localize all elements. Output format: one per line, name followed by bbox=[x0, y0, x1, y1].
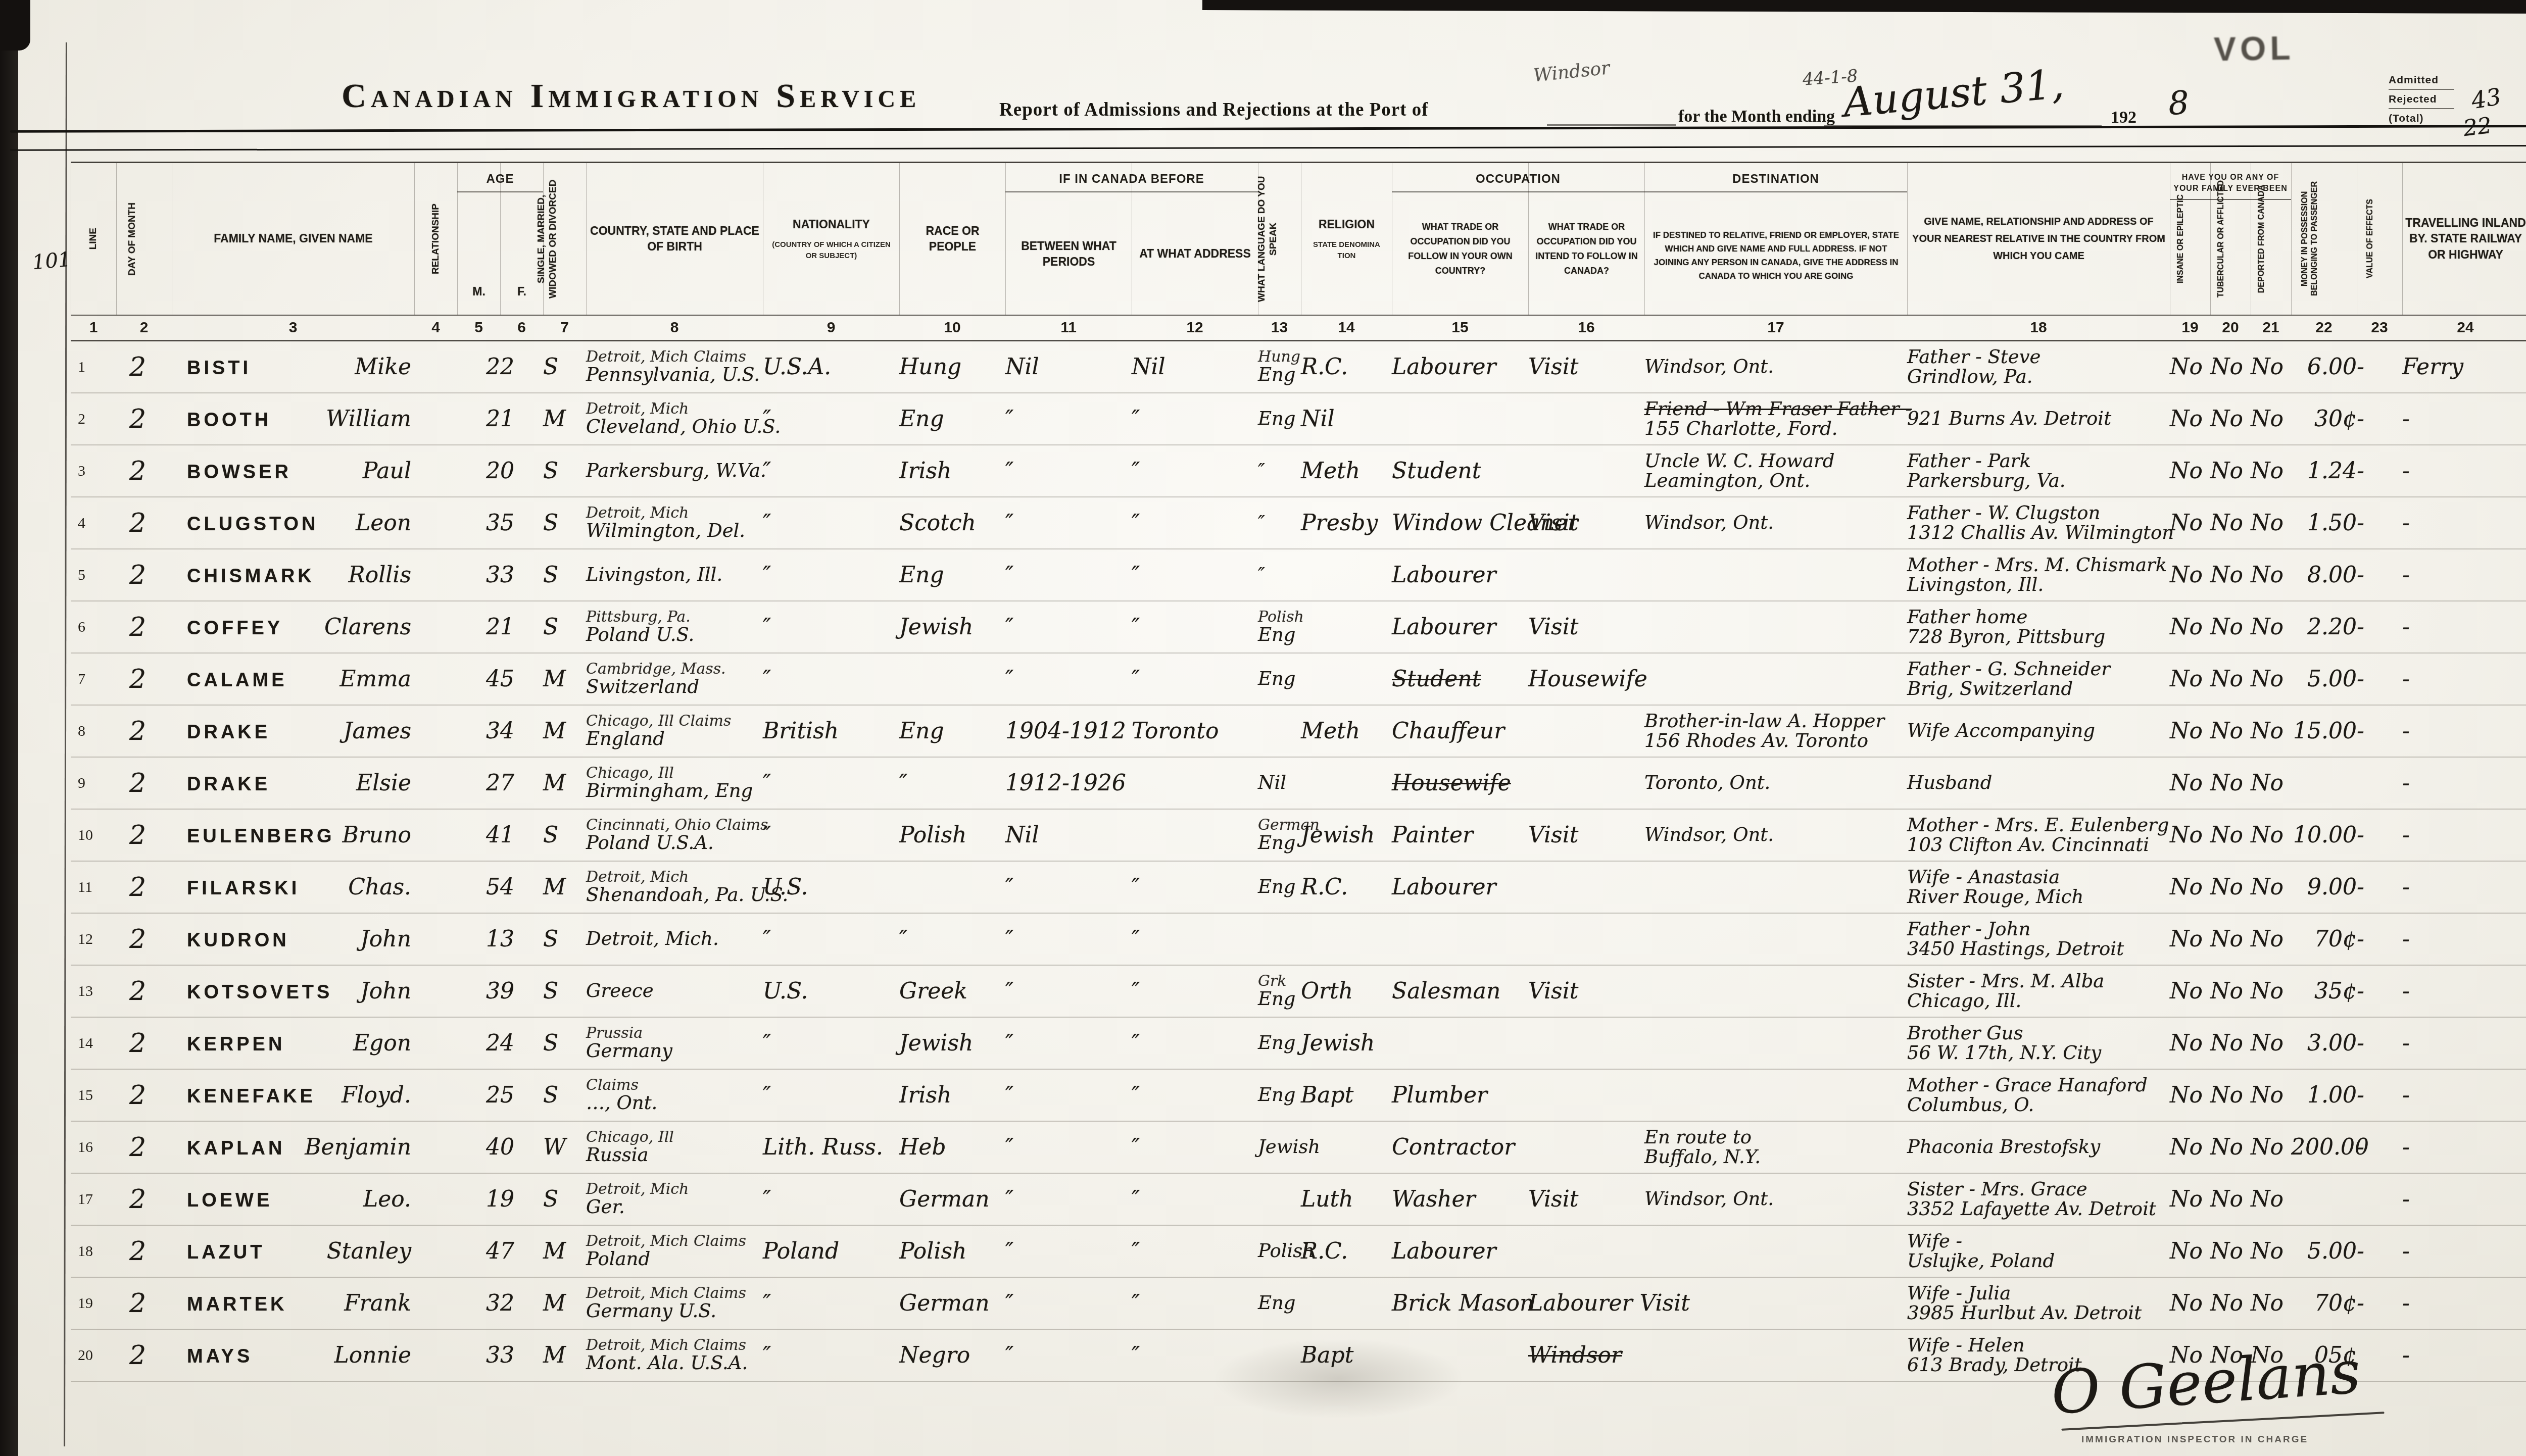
cell-ever-deported: No bbox=[2251, 1238, 2291, 1264]
column-header-band: AGE IF IN CANADA BEFORE OCCUPATION DESTI… bbox=[71, 162, 2526, 316]
month-handwritten: August 31, bbox=[1841, 60, 2066, 126]
table-row: 19 2 MARTEK Frank 32 M Detroit, Mich Cla… bbox=[71, 1278, 2526, 1330]
cell-birthplace: Claims …, Ont. bbox=[586, 1077, 763, 1113]
table-row: 15 2 KENEFAKE Floyd. 25 S Claims …, Ont.… bbox=[71, 1070, 2526, 1122]
cell-given-name: Chas. bbox=[348, 874, 414, 900]
cell-ever-deported: No bbox=[2251, 874, 2291, 900]
rejected-label: Rejected bbox=[2389, 94, 2454, 105]
cell-money: 5.00 bbox=[2291, 1238, 2357, 1264]
table-row: 17 2 LOEWE Leo. 19 S Detroit, Mich Ger. … bbox=[71, 1174, 2526, 1226]
cell-day-of-month: 2 bbox=[116, 664, 172, 694]
cell-before-address: ″ bbox=[1132, 1030, 1258, 1056]
cell-birthplace: Cambridge, Mass. Switzerland bbox=[586, 661, 763, 696]
cell-ever-deported: No bbox=[2251, 1290, 2291, 1316]
cell-ever-insane: No bbox=[2170, 458, 2210, 484]
cell-ever-insane: No bbox=[2170, 562, 2210, 588]
year-handwritten: 8 bbox=[2167, 84, 2190, 123]
cell-destination: En route to Buffalo, N.Y. bbox=[1644, 1128, 1907, 1167]
cell-marital-status: M bbox=[543, 770, 586, 796]
cell-given-name: Paul bbox=[363, 458, 414, 484]
cell-value-of-effects: - bbox=[2357, 666, 2402, 692]
cell-travelling-inland-by: - bbox=[2402, 822, 2526, 848]
column-header-10: RACE OR PEOPLE bbox=[899, 163, 1005, 315]
cell-nearest-relative: Wife - Anastasia River Rouge, Mich bbox=[1907, 868, 2170, 907]
table-row: 13 2 KOTSOVETS John 39 S Greece U.S. Gre… bbox=[71, 966, 2526, 1018]
cell-nearest-relative: 921 Burns Av. Detroit bbox=[1907, 409, 2170, 429]
cell-marital-status: M bbox=[543, 1290, 586, 1316]
cell-ever-insane: No bbox=[2170, 978, 2210, 1004]
cell-travelling-inland-by: - bbox=[2402, 458, 2526, 484]
column-header-8: COUNTRY, STATE AND PLACE OF BIRTH bbox=[586, 163, 763, 315]
cell-before-address: Nil bbox=[1132, 354, 1258, 380]
cell-day-of-month: 2 bbox=[116, 508, 172, 538]
cell-family-name: MAYS bbox=[172, 1346, 253, 1368]
cell-birthplace: Chicago, Ill Birmingham, Eng bbox=[586, 765, 763, 800]
cell-before-address: ″ bbox=[1132, 874, 1258, 900]
cell-occupation-own-country: Chauffeur bbox=[1392, 718, 1528, 744]
cell-ever-tubercular: No bbox=[2210, 1030, 2251, 1056]
cell-line-number: 3 bbox=[71, 463, 116, 480]
cell-day-of-month: 2 bbox=[116, 404, 172, 434]
cell-language: Eng bbox=[1258, 1085, 1301, 1105]
cell-nearest-relative: Father - John 3450 Hastings, Detroit bbox=[1907, 920, 2170, 959]
cell-family-name: DRAKE bbox=[172, 774, 270, 795]
cell-language: ″ bbox=[1258, 565, 1301, 585]
cell-given-name: Stanley bbox=[327, 1238, 414, 1264]
cell-occupation-own-country: Housewife bbox=[1392, 770, 1528, 796]
cell-occupation-own-country: Washer bbox=[1392, 1186, 1528, 1212]
cell-name: LAZUT Stanley bbox=[172, 1238, 414, 1264]
cell-ever-tubercular: No bbox=[2210, 510, 2251, 536]
cell-birthplace: Prussia Germany bbox=[586, 1025, 763, 1061]
cell-before-periods: ″ bbox=[1005, 1290, 1132, 1316]
cell-before-address: ″ bbox=[1132, 510, 1258, 536]
cell-race: ″ bbox=[899, 926, 1005, 952]
cell-age: 45 bbox=[457, 666, 543, 692]
report-line-label: Report of Admissions and Rejections at t… bbox=[999, 99, 1429, 121]
cell-language: German Eng bbox=[1258, 817, 1301, 852]
cell-nearest-relative: Mother - Grace Hanaford Columbus, O. bbox=[1907, 1076, 2170, 1115]
year-printed: 192 bbox=[2111, 108, 2136, 127]
cell-before-periods: 1904-1912 bbox=[1005, 718, 1132, 744]
cell-family-name: LAZUT bbox=[172, 1242, 265, 1264]
cell-value-of-effects: - bbox=[2357, 354, 2402, 380]
column-number-20: 20 bbox=[2210, 319, 2251, 336]
cell-day-of-month: 2 bbox=[116, 1132, 172, 1163]
cell-money: 1.00 bbox=[2291, 1082, 2357, 1108]
cell-nearest-relative: Wife - Uslujke, Poland bbox=[1907, 1232, 2170, 1271]
signature-title: IMMIGRATION INSPECTOR IN CHARGE bbox=[2081, 1434, 2308, 1445]
cell-ever-tubercular: No bbox=[2210, 978, 2251, 1004]
cell-name: DRAKE James bbox=[172, 718, 414, 744]
side-script-handwritten: Pages bbox=[2519, 64, 2526, 144]
table-row: 9 2 DRAKE Elsie 27 M Chicago, Ill Birmin… bbox=[71, 758, 2526, 810]
cell-ever-tubercular: No bbox=[2210, 666, 2251, 692]
cell-money: 5.00 bbox=[2291, 666, 2357, 692]
cell-occupation-in-canada: Housewife bbox=[1528, 666, 1644, 692]
cell-line-number: 16 bbox=[71, 1139, 116, 1156]
cell-before-address: ″ bbox=[1132, 1134, 1258, 1160]
cell-money: 10.00 bbox=[2291, 822, 2357, 848]
cell-nearest-relative: Father - W. Clugston 1312 Challis Av. Wi… bbox=[1907, 504, 2170, 543]
cell-day-of-month: 2 bbox=[116, 560, 172, 590]
cell-occupation-own-country: Labourer bbox=[1392, 562, 1528, 588]
cell-name: KOTSOVETS John bbox=[172, 978, 414, 1004]
cell-age: 41 bbox=[457, 822, 543, 848]
column-header-15: WHAT TRADE OR OCCUPATION DID YOU FOLLOW … bbox=[1392, 163, 1528, 315]
cell-occupation-own-country: Painter bbox=[1392, 822, 1528, 848]
cell-nearest-relative: Father home 728 Byron, Pittsburg bbox=[1907, 608, 2170, 647]
cell-ever-deported: No bbox=[2251, 614, 2291, 640]
cell-occupation-in-canada: Visit bbox=[1528, 822, 1644, 848]
cell-before-address: ″ bbox=[1132, 406, 1258, 432]
cell-marital-status: S bbox=[543, 510, 586, 536]
cell-value-of-effects: - bbox=[2357, 822, 2402, 848]
column-number-18: 18 bbox=[1907, 319, 2170, 336]
cell-occupation-own-country: Plumber bbox=[1392, 1082, 1528, 1108]
cell-before-address: ″ bbox=[1132, 1186, 1258, 1212]
month-line-label: for the Month ending bbox=[1678, 107, 1835, 126]
cell-family-name: BOOTH bbox=[172, 410, 271, 431]
cell-value-of-effects: - bbox=[2357, 458, 2402, 484]
cell-before-periods: Nil bbox=[1005, 822, 1132, 848]
cell-language: Hung Eng bbox=[1258, 349, 1301, 384]
cell-birthplace: Detroit, Mich Wilmington, Del. bbox=[586, 505, 763, 540]
cell-race: Greek bbox=[899, 978, 1005, 1004]
cell-given-name: Leo. bbox=[363, 1186, 414, 1212]
cell-birthplace: Cincinnati, Ohio Claims Poland U.S.A. bbox=[586, 817, 763, 852]
cell-line-number: 11 bbox=[71, 879, 116, 896]
ledger-table: AGE IF IN CANADA BEFORE OCCUPATION DESTI… bbox=[71, 162, 2526, 1382]
cell-travelling-inland-by: - bbox=[2402, 874, 2526, 900]
cell-race: German bbox=[899, 1290, 1005, 1316]
table-row: 12 2 KUDRON John 13 S Detroit, Mich. ″ ″… bbox=[71, 914, 2526, 966]
cell-travelling-inland-by: - bbox=[2402, 1030, 2526, 1056]
cell-travelling-inland-by: - bbox=[2402, 926, 2526, 952]
cell-religion: Bapt bbox=[1301, 1342, 1392, 1368]
table-row: 11 2 FILARSKI Chas. 54 M Detroit, Mich S… bbox=[71, 862, 2526, 914]
cell-race: Heb bbox=[899, 1134, 1005, 1160]
cell-ever-insane: No bbox=[2170, 770, 2210, 796]
column-number-row: 1234567891011121314151617181920212223242… bbox=[71, 316, 2526, 341]
cell-travelling-inland-by: - bbox=[2402, 1290, 2526, 1316]
cell-money: 70¢ bbox=[2291, 1290, 2357, 1316]
cell-birthplace: Greece bbox=[586, 981, 763, 1001]
column-header-23: VALUE OF EFFECTS bbox=[2357, 163, 2402, 315]
cell-occupation-in-canada: Windsor bbox=[1528, 1342, 1644, 1368]
cell-given-name: Leon bbox=[356, 510, 414, 536]
cell-money: 1.24 bbox=[2291, 458, 2357, 484]
cell-name: CALAME Emma bbox=[172, 666, 414, 692]
cell-day-of-month: 2 bbox=[116, 716, 172, 746]
cell-before-address: ″ bbox=[1132, 978, 1258, 1004]
cell-family-name: BOWSER bbox=[172, 462, 292, 483]
cell-destination: Uncle W. C. Howard Leamington, Ont. bbox=[1644, 451, 1907, 491]
column-number-13: 13 bbox=[1258, 319, 1301, 336]
cell-ever-deported: No bbox=[2251, 510, 2291, 536]
cell-nationality: Poland bbox=[763, 1238, 899, 1264]
admissions-summary: Admitted Rejected (Total) bbox=[2389, 75, 2454, 124]
cell-marital-status: M bbox=[543, 874, 586, 900]
cell-day-of-month: 2 bbox=[116, 1288, 172, 1319]
cell-before-periods: ″ bbox=[1005, 510, 1132, 536]
cell-day-of-month: 2 bbox=[116, 872, 172, 902]
cell-nearest-relative: Wife Accompanying bbox=[1907, 721, 2170, 741]
cell-line-number: 15 bbox=[71, 1087, 116, 1104]
cell-religion: Nil bbox=[1301, 406, 1392, 432]
cell-nearest-relative: Brother Gus 56 W. 17th, N.Y. City bbox=[1907, 1024, 2170, 1063]
total-label: (Total) bbox=[2389, 113, 2454, 124]
cell-name: LOEWE Leo. bbox=[172, 1186, 414, 1212]
cell-nationality: ″ bbox=[763, 1342, 899, 1368]
cell-age: 21 bbox=[457, 406, 543, 432]
column-header-19: INSANE OR EPILEPTIC bbox=[2170, 163, 2210, 315]
cell-age: 32 bbox=[457, 1290, 543, 1316]
column-number-15: 15 bbox=[1392, 319, 1528, 336]
cell-day-of-month: 2 bbox=[116, 976, 172, 1007]
cell-occupation-own-country: Salesman bbox=[1392, 978, 1528, 1004]
cell-given-name: John bbox=[360, 978, 414, 1004]
cell-race: Hung bbox=[899, 354, 1005, 380]
cell-money: 35¢ bbox=[2291, 978, 2357, 1004]
column-header-20: TUBERCULAR OR AFFLICTED bbox=[2210, 163, 2251, 315]
page-title: Canadian Immigration Service bbox=[342, 76, 920, 116]
cell-nationality: British bbox=[763, 718, 899, 744]
cell-travelling-inland-by: - bbox=[2402, 1238, 2526, 1264]
cell-before-periods: Nil bbox=[1005, 354, 1132, 380]
cell-race: Polish bbox=[899, 1238, 1005, 1264]
cell-marital-status: S bbox=[543, 1030, 586, 1056]
cell-before-periods: ″ bbox=[1005, 978, 1132, 1004]
cell-before-periods: ″ bbox=[1005, 458, 1132, 484]
cell-money: 2.20 bbox=[2291, 614, 2357, 640]
cell-given-name: James bbox=[344, 718, 414, 744]
cell-family-name: LOEWE bbox=[172, 1190, 272, 1212]
cell-before-address: ″ bbox=[1132, 562, 1258, 588]
cell-language: Eng bbox=[1258, 1293, 1301, 1313]
cell-given-name: Frank bbox=[344, 1290, 414, 1316]
cell-value-of-effects: - bbox=[2357, 1238, 2402, 1264]
column-header-21: DEPORTED FROM CANADA bbox=[2251, 163, 2291, 315]
volume-stamp: VOL bbox=[2213, 29, 2295, 69]
cell-ever-deported: No bbox=[2251, 666, 2291, 692]
table-row: 5 2 CHISMARK Rollis 33 S Livingston, Ill… bbox=[71, 549, 2526, 601]
cell-before-address: Toronto bbox=[1132, 718, 1258, 744]
cell-age: 40 bbox=[457, 1134, 543, 1160]
cell-day-of-month: 2 bbox=[116, 1028, 172, 1059]
cell-race: Jewish bbox=[899, 614, 1005, 640]
cell-ever-tubercular: No bbox=[2210, 1186, 2251, 1212]
cell-ever-deported: No bbox=[2251, 1082, 2291, 1108]
column-header-1: LINE bbox=[71, 163, 116, 315]
cell-day-of-month: 2 bbox=[116, 456, 172, 486]
cell-ever-insane: No bbox=[2170, 718, 2210, 744]
column-header-3: FAMILY NAME, GIVEN NAME bbox=[172, 163, 414, 315]
table-row: 16 2 KAPLAN Benjamin 40 W Chicago, Ill R… bbox=[71, 1122, 2526, 1174]
cell-race: ″ bbox=[899, 770, 1005, 796]
column-header-13: WHAT LANGUAGE DO YOU SPEAK bbox=[1258, 163, 1301, 315]
cell-destination: Toronto, Ont. bbox=[1644, 773, 1907, 793]
cell-race: Irish bbox=[899, 1082, 1005, 1108]
cell-nationality: Lith. Russ. bbox=[763, 1134, 899, 1160]
cell-family-name: KUDRON bbox=[172, 930, 289, 951]
cell-ever-tubercular: No bbox=[2210, 1238, 2251, 1264]
cell-travelling-inland-by: - bbox=[2402, 406, 2526, 432]
table-row: 6 2 COFFEY Clarens 21 S Pittsburg, Pa. P… bbox=[71, 601, 2526, 654]
cell-occupation-in-canada: Visit bbox=[1528, 978, 1644, 1004]
cell-nearest-relative: Sister - Mrs. Grace 3352 Lafayette Av. D… bbox=[1907, 1180, 2170, 1219]
cell-birthplace: Chicago, Ill Claims England bbox=[586, 713, 763, 748]
cell-line-number: 13 bbox=[71, 983, 116, 1000]
cell-religion: Luth bbox=[1301, 1186, 1392, 1212]
cell-birthplace: Detroit, Mich Cleveland, Ohio U.S. bbox=[586, 401, 763, 436]
cell-given-name: Mike bbox=[355, 354, 414, 380]
cell-birthplace: Pittsburg, Pa. Poland U.S. bbox=[586, 609, 763, 644]
cell-family-name: DRAKE bbox=[172, 722, 270, 743]
cell-given-name: Lonnie bbox=[334, 1342, 415, 1368]
column-header-9: NATIONALITY (COUNTRY OF WHICH A CITIZEN … bbox=[763, 163, 899, 315]
cell-before-periods: ″ bbox=[1005, 926, 1132, 952]
column-number-16: 16 bbox=[1528, 319, 1644, 336]
cell-age: 33 bbox=[457, 562, 543, 588]
cell-language: Grk Eng bbox=[1258, 973, 1301, 1009]
column-header-24: TRAVELLING INLAND BY. STATE RAILWAY OR H… bbox=[2402, 163, 2526, 315]
cell-ever-tubercular: No bbox=[2210, 354, 2251, 380]
cell-ever-tubercular: No bbox=[2210, 822, 2251, 848]
cell-day-of-month: 2 bbox=[116, 1236, 172, 1267]
cell-age: 19 bbox=[457, 1186, 543, 1212]
cell-name: COFFEY Clarens bbox=[172, 614, 414, 640]
cell-language: Eng bbox=[1258, 409, 1301, 429]
cell-before-address: ″ bbox=[1132, 666, 1258, 692]
cell-ever-deported: No bbox=[2251, 770, 2291, 796]
cell-birthplace: Detroit, Mich Claims Pennsylvania, U.S. bbox=[586, 349, 763, 384]
port-handwritten: Windsor bbox=[1532, 58, 1611, 86]
cell-birthplace: Detroit, Mich Claims Mont. Ala. U.S.A. bbox=[586, 1337, 763, 1373]
cell-name: KUDRON John bbox=[172, 926, 414, 952]
cell-nationality: ″ bbox=[763, 1030, 899, 1056]
cell-age: 33 bbox=[457, 1342, 543, 1368]
cell-ever-deported: No bbox=[2251, 458, 2291, 484]
cell-nationality: ″ bbox=[763, 1082, 899, 1108]
cell-travelling-inland-by: - bbox=[2402, 666, 2526, 692]
cell-money: 3.00 bbox=[2291, 1030, 2357, 1056]
cell-nearest-relative: Mother - Mrs. E. Eulenberg 103 Clifton A… bbox=[1907, 816, 2170, 855]
cell-language: Eng bbox=[1258, 1033, 1301, 1053]
cell-age: 20 bbox=[457, 458, 543, 484]
cell-day-of-month: 2 bbox=[116, 768, 172, 798]
cell-travelling-inland-by: - bbox=[2402, 510, 2526, 536]
cell-language: Jewish bbox=[1258, 1137, 1301, 1157]
cell-line-number: 1 bbox=[71, 359, 116, 376]
cell-travelling-inland-by: - bbox=[2402, 1082, 2526, 1108]
cell-ever-insane: No bbox=[2170, 614, 2210, 640]
cell-nearest-relative: Mother - Mrs. M. Chismark Livingston, Il… bbox=[1907, 556, 2170, 595]
cell-ever-deported: No bbox=[2251, 926, 2291, 952]
column-number-7: 7 bbox=[543, 319, 586, 336]
cell-age: 35 bbox=[457, 510, 543, 536]
column-header-14: RELIGION STATE DENOMINA TION bbox=[1301, 163, 1392, 315]
cell-ever-insane: No bbox=[2170, 874, 2210, 900]
cell-given-name: John bbox=[360, 926, 414, 952]
cell-marital-status: S bbox=[543, 354, 586, 380]
cell-religion: Jewish bbox=[1301, 1030, 1392, 1056]
cell-line-number: 12 bbox=[71, 931, 116, 948]
cell-ever-tubercular: No bbox=[2210, 458, 2251, 484]
cell-travelling-inland-by: - bbox=[2402, 770, 2526, 796]
cell-money: 30¢ bbox=[2291, 406, 2357, 432]
column-number-10: 10 bbox=[899, 319, 1005, 336]
cell-family-name: CALAME bbox=[172, 670, 287, 691]
cell-occupation-own-country: Labourer bbox=[1392, 614, 1528, 640]
cell-given-name: Benjamin bbox=[305, 1134, 414, 1160]
cell-birthplace: Detroit, Mich Ger. bbox=[586, 1181, 763, 1217]
cell-language: ″ bbox=[1258, 513, 1301, 533]
cell-name: BOOTH William bbox=[172, 406, 414, 432]
cell-ever-insane: No bbox=[2170, 1186, 2210, 1212]
cell-occupation-in-canada: Visit bbox=[1528, 1186, 1644, 1212]
cell-before-periods: ″ bbox=[1005, 406, 1132, 432]
cell-value-of-effects: - bbox=[2357, 978, 2402, 1004]
cell-before-periods: ″ bbox=[1005, 1082, 1132, 1108]
cell-family-name: KOTSOVETS bbox=[172, 982, 332, 1003]
cell-occupation-in-canada: Visit bbox=[1528, 510, 1644, 536]
cell-marital-status: S bbox=[543, 926, 586, 952]
cell-nationality: U.S.A. bbox=[763, 354, 899, 380]
cell-occupation-own-country: Labourer bbox=[1392, 354, 1528, 380]
cell-day-of-month: 2 bbox=[116, 924, 172, 955]
cell-family-name: KENEFAKE bbox=[172, 1086, 316, 1108]
cell-given-name: Floyd. bbox=[342, 1082, 414, 1108]
cell-before-periods: ″ bbox=[1005, 1186, 1132, 1212]
cell-given-name: Egon bbox=[353, 1030, 414, 1056]
table-row: 2 2 BOOTH William 21 M Detroit, Mich Cle… bbox=[71, 393, 2526, 445]
cell-destination: Brother-in-law A. Hopper 156 Rhodes Av. … bbox=[1644, 712, 1907, 751]
cell-line-number: 14 bbox=[71, 1035, 116, 1052]
cell-language: Nil bbox=[1258, 773, 1301, 793]
column-number-2: 2 bbox=[116, 319, 172, 336]
cell-ever-tubercular: No bbox=[2210, 926, 2251, 952]
cell-travelling-inland-by: - bbox=[2402, 614, 2526, 640]
cell-line-number: 19 bbox=[71, 1295, 116, 1312]
table-row: 3 2 BOWSER Paul 20 S Parkersburg, W.Va. … bbox=[71, 445, 2526, 497]
cell-ever-insane: No bbox=[2170, 406, 2210, 432]
column-number-9: 9 bbox=[763, 319, 899, 336]
cell-name: BOWSER Paul bbox=[172, 458, 414, 484]
cell-name: BISTI Mike bbox=[172, 354, 414, 380]
cell-ever-tubercular: No bbox=[2210, 1082, 2251, 1108]
cell-travelling-inland-by: - bbox=[2402, 718, 2526, 744]
column-number-23: 23 bbox=[2357, 319, 2402, 336]
cell-family-name: MARTEK bbox=[172, 1294, 287, 1316]
cell-money: 9.00 bbox=[2291, 874, 2357, 900]
cell-age: 25 bbox=[457, 1082, 543, 1108]
cell-marital-status: M bbox=[543, 718, 586, 744]
cell-before-periods: ″ bbox=[1005, 562, 1132, 588]
cell-ever-insane: No bbox=[2170, 354, 2210, 380]
cell-race: Eng bbox=[899, 718, 1005, 744]
cell-nationality: ″ bbox=[763, 510, 899, 536]
cell-occupation-own-country: Contractor bbox=[1392, 1134, 1528, 1160]
cell-line-number: 18 bbox=[71, 1243, 116, 1260]
header-rule-2 bbox=[10, 144, 2526, 150]
cell-nationality: ″ bbox=[763, 926, 899, 952]
cell-money: 8.00 bbox=[2291, 562, 2357, 588]
cell-before-address: ″ bbox=[1132, 1290, 1258, 1316]
cell-destination: Windsor, Ont. bbox=[1644, 1189, 1907, 1209]
scanned-ledger-page: Canadian Immigration Service Report of A… bbox=[0, 0, 2526, 1456]
cell-line-number: 9 bbox=[71, 775, 116, 792]
